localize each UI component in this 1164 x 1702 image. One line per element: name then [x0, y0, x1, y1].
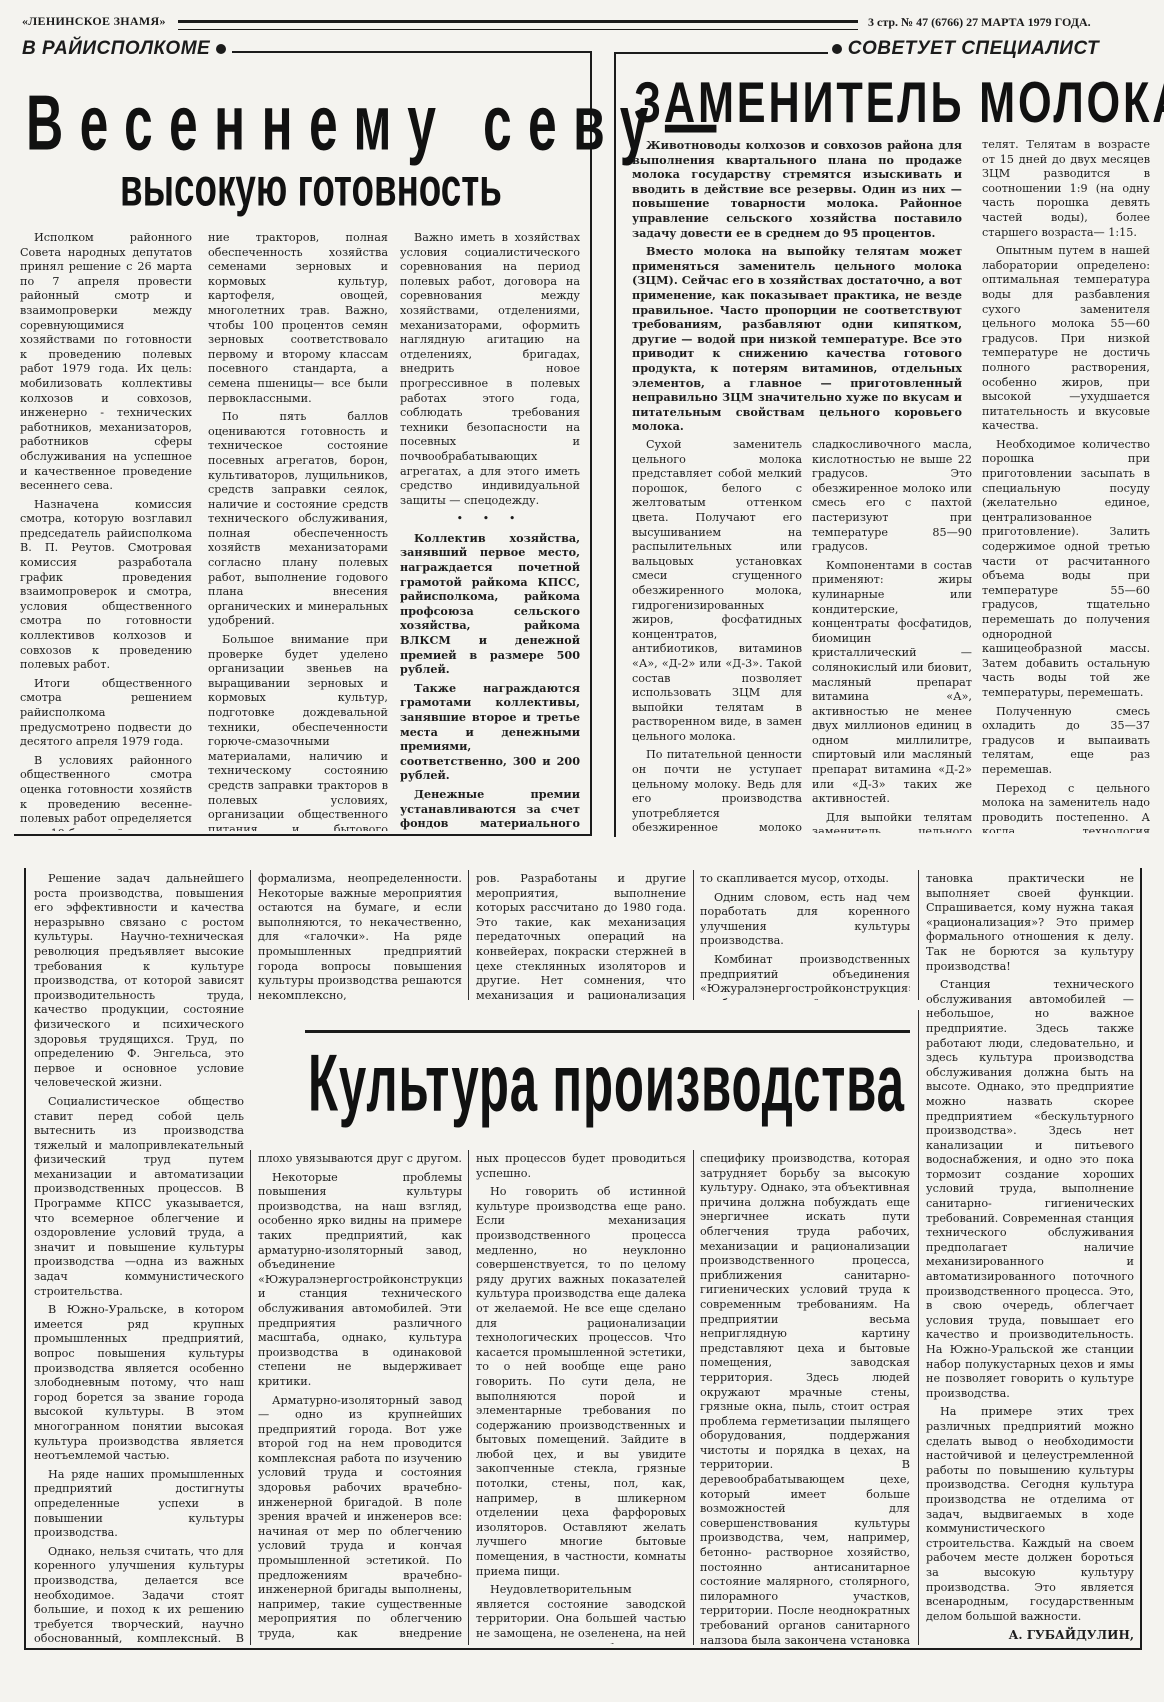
column-rule	[468, 1150, 469, 1645]
culture-column-1: Решение задач дальнейшего роста производ…	[34, 872, 244, 1644]
paragraph: Для выпойки телятам заменитель цельного …	[812, 811, 972, 833]
paragraph: Решение задач дальнейшего роста производ…	[34, 872, 244, 1091]
paragraph: Одним словом, есть над чем поработать дл…	[700, 891, 910, 949]
paragraph: Однако, нельзя считать, что для коренног…	[34, 1545, 244, 1644]
culture-column-5: тановка практически не выполняет своей ф…	[926, 872, 1134, 1644]
paragraph: то скапливается мусор, отходы.	[700, 872, 910, 887]
paragraph: ние тракторов, полная обеспеченность хоз…	[208, 231, 388, 406]
paragraph: Животноводы колхозов и совхозов района д…	[632, 138, 962, 240]
paragraph: Социалистическое общество ставит перед с…	[34, 1095, 244, 1299]
paragraph: Вместо молока на выпойку телятам может п…	[632, 244, 962, 433]
masthead-rule	[178, 20, 858, 30]
author-name: А. ГУБАЙДУЛИН,	[926, 1628, 1134, 1643]
rubric-rule	[232, 51, 592, 53]
paragraph: специфику производства, которая затрудня…	[700, 1152, 910, 1644]
headline: Культура производства	[308, 1036, 905, 1129]
paragraph: Денежные премии устанавливаются за счет …	[400, 787, 580, 831]
paragraph: Компонентами в состав применяют: жиры ку…	[812, 559, 972, 807]
rubric-specialist: СОВЕТУЕТ СПЕЦИАЛИСТ	[832, 38, 1099, 60]
rubric-raiispolkom: В РАЙИСПОЛКОМЕ	[22, 38, 226, 60]
box-right-rule	[1140, 868, 1142, 1650]
paragraph: Итоги общественного смотра решением райи…	[20, 677, 192, 750]
rubric-text: В РАЙИСПОЛКОМЕ	[22, 38, 210, 59]
paragraph: Также награждаются грамотами коллективы,…	[400, 681, 580, 783]
milk-column-c: телят. Телятам в возрасте от 15 дней до …	[982, 138, 1150, 833]
headline: ЗАМЕНИТЕЛЬ МОЛОКА	[634, 68, 1164, 136]
rubric-text: СОВЕТУЕТ СПЕЦИАЛИСТ	[848, 38, 1099, 59]
milk-column-a: Сухой заменитель цельного молока предста…	[632, 438, 802, 833]
headline-line2: высокую готовность	[120, 158, 502, 219]
column-rule	[468, 870, 469, 1000]
culture-column-3-top: ров. Разработаны и другие мероприятия, в…	[476, 872, 686, 1000]
paragraph: Большое внимание при проверке будет удел…	[208, 633, 388, 831]
sowing-column-3: Важно иметь в хозяйствах условия социали…	[400, 231, 580, 831]
bullet-icon	[832, 44, 842, 54]
paragraph: Полученную смесь охладить до 35—37 граду…	[982, 705, 1150, 778]
paragraph: Назначена комиссия смотра, которую возгл…	[20, 498, 192, 673]
column-rule	[918, 1010, 919, 1645]
paragraph: В Южно-Уральске, в котором имеется ряд к…	[34, 1303, 244, 1464]
sowing-column-1: Исполком районного Совета народных депут…	[20, 231, 192, 831]
headline-line1: Весеннему севу—	[26, 78, 733, 168]
paragraph: Арматурно-изоляторный завод— одно из кру…	[258, 1394, 462, 1645]
paragraph: На ряде наших промышленных предприятий д…	[34, 1468, 244, 1541]
paragraph: Переход с цельного молока на заменитель …	[982, 782, 1150, 833]
paragraph: В условиях районного общественного смотр…	[20, 754, 192, 831]
culture-column-2-bottom: плохо увязываются друг с другом. Некотор…	[258, 1152, 462, 1644]
paragraph: ных процессов будет проводиться успешно.	[476, 1152, 686, 1181]
column-rule	[693, 1150, 694, 1645]
paragraph: Опытным путем в нашей лаборатории опреде…	[982, 244, 1150, 434]
column-rule	[250, 870, 251, 1000]
paragraph: телят. Телятам в возрасте от 15 дней до …	[982, 138, 1150, 240]
column-rule	[250, 1150, 251, 1645]
paragraph: Некоторые проблемы повышения культуры пр…	[258, 1171, 462, 1390]
rubric-rule	[614, 52, 828, 54]
paragraph: По питательной ценности он почти не усту…	[632, 748, 802, 833]
paragraph: Станция технического обслуживания автомо…	[926, 978, 1134, 1401]
bullet-icon	[216, 44, 226, 54]
paragraph: формализма, неопределенности. Некоторые …	[258, 872, 462, 1000]
box-left-rule	[24, 868, 26, 1648]
culture-column-3-bottom: ных процессов будет проводиться успешно.…	[476, 1152, 686, 1644]
box-bottom-rule	[14, 834, 592, 836]
paragraph: Сухой заменитель цельного молока предста…	[632, 438, 802, 744]
paragraph: Исполком районного Совета народных депут…	[20, 231, 192, 494]
paragraph: тановка практически не выполняет своей ф…	[926, 872, 1134, 974]
box-left-rule	[614, 52, 616, 837]
culture-column-4-top: то скапливается мусор, отходы. Одним сло…	[700, 872, 910, 1000]
culture-column-2-top: формализма, неопределенности. Некоторые …	[258, 872, 462, 1000]
paragraph: Важно иметь в хозяйствах условия социали…	[400, 231, 580, 508]
paragraph: ров. Разработаны и другие мероприятия, в…	[476, 872, 686, 1000]
headline-rule	[305, 1030, 910, 1033]
paragraph: сладкосливочного масла, кислотностью не …	[812, 438, 972, 555]
paragraph: На примере этих трех различных предприят…	[926, 1405, 1134, 1624]
box-bottom-rule	[24, 1648, 1142, 1650]
issue-info: 3 стр. № 47 (6766) 27 МАРТА 1979 ГОДА.	[868, 15, 1091, 30]
sowing-column-2: ние тракторов, полная обеспеченность хоз…	[208, 231, 388, 831]
paragraph: Комбинат производственных предприятий об…	[700, 953, 910, 1000]
box-right-rule	[590, 51, 592, 836]
paragraph: Неудовлетворительным является состояние …	[476, 1583, 686, 1644]
culture-column-4-bottom: специфику производства, которая затрудня…	[700, 1152, 910, 1644]
column-rule	[918, 870, 919, 1000]
milk-column-b: сладкосливочного масла, кислотностью не …	[812, 438, 972, 833]
column-rule	[693, 870, 694, 1000]
newspaper-name: «ЛЕНИНСКОЕ ЗНАМЯ»	[22, 14, 166, 29]
milk-intro: Животноводы колхозов и совхозов района д…	[632, 138, 962, 433]
separator-dots: • • •	[400, 512, 580, 527]
paragraph: Но говорить об истинной культуре произво…	[476, 1185, 686, 1579]
paragraph: Коллектив хозяйства, занявший первое мес…	[400, 531, 580, 677]
paragraph: По пять баллов оцениваются готовность и …	[208, 410, 388, 629]
paragraph: Необходимое количество порошка при приго…	[982, 438, 1150, 701]
paragraph: плохо увязываются друг с другом.	[258, 1152, 462, 1167]
